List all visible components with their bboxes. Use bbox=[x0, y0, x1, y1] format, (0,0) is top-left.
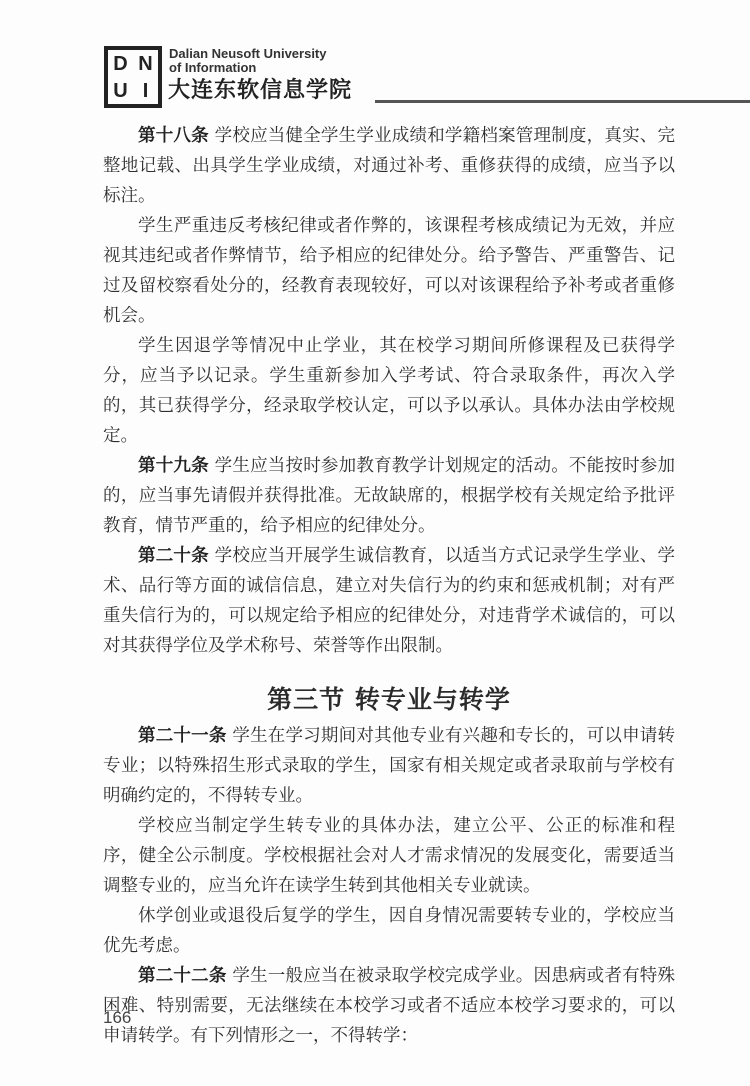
university-name-chinese: 大连东软信息学院 bbox=[168, 78, 352, 104]
page-body: 第十八条 学校应当健全学生学业成绩和学籍档案管理制度，真实、完整地记载、出具学生… bbox=[103, 121, 675, 1051]
paragraph-text: 休学创业或退役后复学的学生，因自身情况需要转专业的，学校应当优先考虑。 bbox=[103, 906, 675, 956]
university-name-en-line2: of Information bbox=[169, 61, 327, 75]
section-title: 第三节 转专业与转学 bbox=[103, 681, 675, 719]
article-18-paragraph: 第十八条 学校应当健全学生学业成绩和学籍档案管理制度，真实、完整地记载、出具学生… bbox=[103, 121, 675, 211]
article-heading: 第二十一条 bbox=[138, 726, 227, 746]
article-18-paragraph-2: 学生严重违反考核纪律或者作弊的，该课程考核成绩记为无效，并应视其违纪或者作弊情节… bbox=[103, 211, 675, 331]
paragraph-text: 学校应当制定学生转专业的具体办法，建立公平、公正的标准和程序，健全公示制度。学校… bbox=[103, 816, 675, 896]
logo-letter-n: N bbox=[138, 54, 152, 74]
article-heading: 第二十二条 bbox=[138, 966, 227, 986]
logo-letter-d: D bbox=[113, 54, 127, 74]
article-heading: 第十九条 bbox=[138, 456, 209, 476]
university-logo: D N U I bbox=[104, 46, 162, 108]
article-19-paragraph: 第十九条 学生应当按时参加教育教学计划规定的活动。不能按时参加的，应当事先请假并… bbox=[103, 451, 675, 541]
university-name-english: Dalian Neusoft University of Information bbox=[169, 47, 327, 75]
header-rule bbox=[375, 100, 750, 103]
article-22-paragraph: 第二十二条 学生一般应当在被录取学校完成学业。因患病或者有特殊困难、特别需要，无… bbox=[103, 961, 675, 1051]
article-21-paragraph-3: 休学创业或退役后复学的学生，因自身情况需要转专业的，学校应当优先考虑。 bbox=[103, 901, 675, 961]
logo-letter-u: U bbox=[113, 81, 127, 101]
paragraph-text: 学生严重违反考核纪律或者作弊的，该课程考核成绩记为无效，并应视其违纪或者作弊情节… bbox=[103, 216, 675, 326]
article-21-paragraph: 第二十一条 学生在学习期间对其他专业有兴趣和专长的，可以申请转专业；以特殊招生形… bbox=[103, 721, 675, 811]
article-heading: 第十八条 bbox=[138, 126, 209, 146]
article-18-paragraph-3: 学生因退学等情况中止学业，其在校学习期间所修课程及已获得学分，应当予以记录。学生… bbox=[103, 331, 675, 451]
logo-letter-i: I bbox=[143, 81, 149, 101]
article-21-paragraph-2: 学校应当制定学生转专业的具体办法，建立公平、公正的标准和程序，健全公示制度。学校… bbox=[103, 811, 675, 901]
page-number: 166 bbox=[103, 1008, 131, 1028]
university-name-en-line1: Dalian Neusoft University bbox=[169, 47, 327, 61]
paragraph-text: 学生因退学等情况中止学业，其在校学习期间所修课程及已获得学分，应当予以记录。学生… bbox=[103, 336, 675, 446]
article-heading: 第二十条 bbox=[138, 546, 209, 566]
article-20-paragraph: 第二十条 学校应当开展学生诚信教育，以适当方式记录学生学业、学术、品行等方面的诚… bbox=[103, 541, 675, 661]
